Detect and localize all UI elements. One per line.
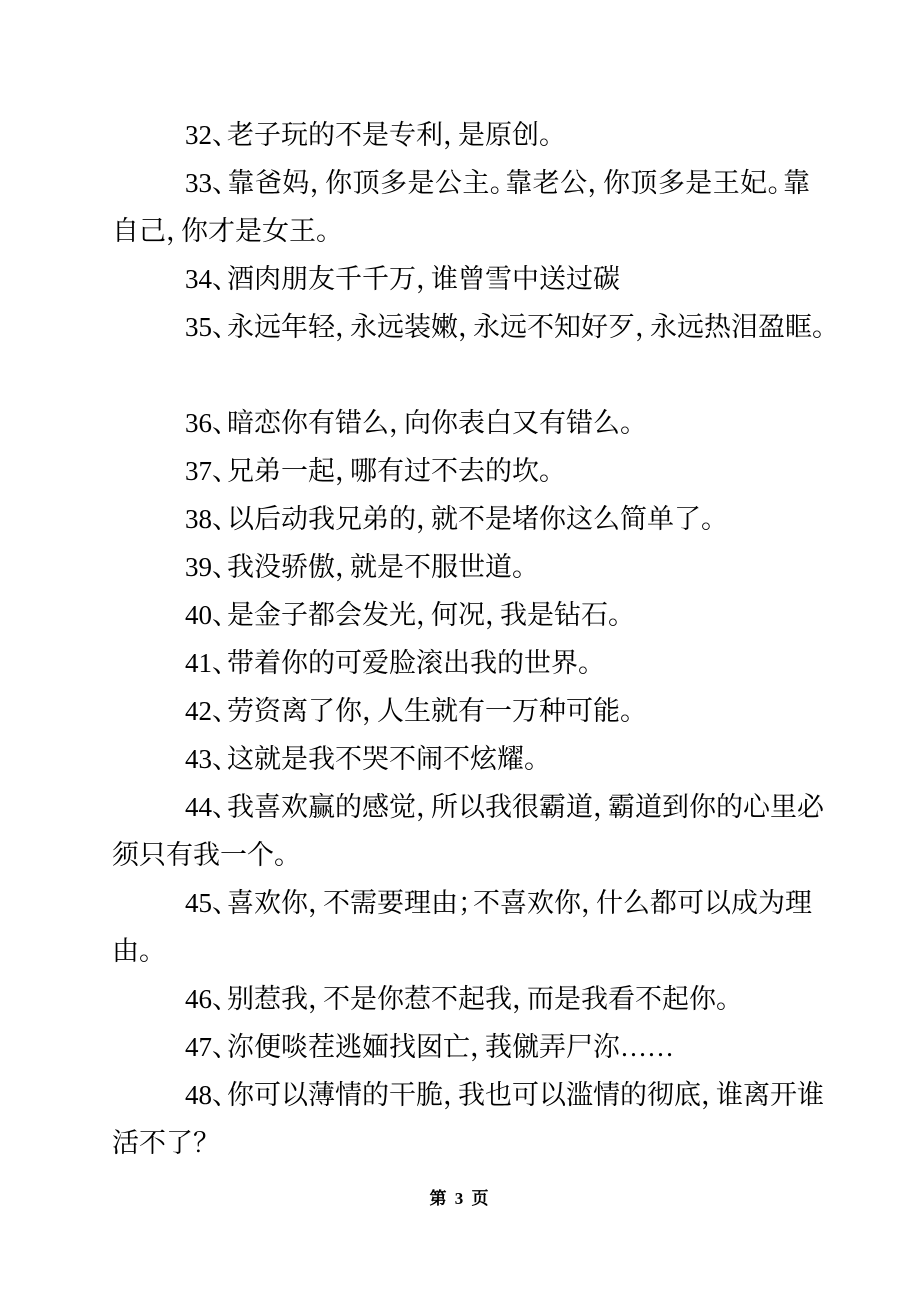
quote-line: 40、是金子都会发光，何况，我是钻石。: [112, 591, 810, 639]
quote-line: 46、别惹我，不是你惹不起我，而是我看不起你。: [112, 975, 810, 1023]
compressed-punct: ，: [362, 687, 377, 735]
compressed-punct: ，: [485, 591, 500, 639]
quote-line: 35、永远年轻，永远装嫩，永远不知好歹，永远热泪盈眶。: [112, 303, 810, 351]
compressed-punct: 、: [212, 735, 227, 783]
compressed-punct: 。: [316, 207, 331, 255]
compressed-punct: 。: [812, 303, 827, 351]
quote-line: 34、酒肉朋友千千万，谁曾雪中送过碳: [112, 255, 810, 303]
compressed-punct: ，: [443, 1071, 458, 1119]
quote-line: 32、老子玩的不是专利，是原创。: [112, 111, 810, 159]
quote-line: 44、我喜欢赢的感觉，所以我很霸道，霸道到你的心里必: [112, 783, 810, 831]
compressed-punct: 。: [539, 111, 554, 159]
quote-line: 自己，你才是女王。: [112, 207, 810, 255]
quote-line: 48、你可以薄情的干脆，我也可以滥情的彻底，谁离开谁: [112, 1071, 810, 1119]
compressed-punct: ，: [335, 543, 350, 591]
compressed-punct: ；: [458, 879, 473, 927]
compressed-punct: ，: [458, 303, 473, 351]
page-footer: 第 3 页: [0, 1184, 920, 1209]
compressed-punct: 、: [212, 543, 227, 591]
compressed-punct: 、: [212, 783, 227, 831]
compressed-punct: 。: [274, 831, 289, 879]
compressed-punct: 、: [212, 639, 227, 687]
compressed-punct: 、: [212, 1023, 227, 1071]
compressed-punct: 。: [701, 495, 716, 543]
compressed-punct: 、: [212, 879, 227, 927]
compressed-punct: 、: [212, 591, 227, 639]
compressed-punct: 。: [139, 927, 154, 975]
compressed-punct: 、: [212, 447, 227, 495]
compressed-punct: 。: [524, 735, 539, 783]
compressed-punct: ，: [308, 879, 323, 927]
compressed-punct: ，: [470, 1023, 485, 1071]
quote-line: 39、我没骄傲，就是不服世道。: [112, 543, 810, 591]
compressed-punct: 、: [212, 255, 227, 303]
page-number-label: 第 3 页: [430, 1189, 491, 1208]
compressed-punct: ，: [416, 783, 431, 831]
quote-line: 41、带着你的可爱脸滚出我的世界。: [112, 639, 810, 687]
quote-line: 36、暗恋你有错么，向你表白又有错么。: [112, 399, 810, 447]
compressed-punct: 、: [212, 399, 227, 447]
compressed-punct: 。: [512, 543, 527, 591]
quote-line: 47、沵便啖茬逃媔找囡亡，莪僦弄尸沵……: [112, 1023, 810, 1071]
compressed-punct: ，: [416, 591, 431, 639]
quote-line: 33、靠爸妈，你顶多是公主。靠老公，你顶多是王妃。靠: [112, 159, 810, 207]
compressed-punct: ，: [416, 495, 431, 543]
compressed-punct: ，: [635, 303, 650, 351]
quote-line: 43、这就是我不哭不闹不炫耀。: [112, 735, 810, 783]
compressed-punct: ，: [588, 159, 603, 207]
quote-line: 37、兄弟一起，哪有过不去的坎。: [112, 447, 810, 495]
compressed-punct: ，: [166, 207, 181, 255]
compressed-punct: ，: [310, 159, 325, 207]
compressed-punct: 、: [212, 1071, 227, 1119]
quote-line: 38、以后动我兄弟的，就不是堵你这么简单了。: [112, 495, 810, 543]
compressed-punct: 。: [578, 639, 593, 687]
compressed-punct: ，: [416, 255, 431, 303]
compressed-punct: 、: [212, 111, 227, 159]
quote-line: 45、喜欢你，不需要理由；不喜欢你，什么都可以成为理: [112, 879, 810, 927]
quote-line: 活不了？: [112, 1119, 810, 1167]
quote-line: 由。: [112, 927, 810, 975]
compressed-punct: 。: [716, 975, 731, 1023]
compressed-punct: 、: [212, 303, 227, 351]
compressed-punct: 。: [608, 591, 623, 639]
compressed-punct: ，: [443, 111, 458, 159]
compressed-punct: 、: [212, 159, 227, 207]
quote-line: 须只有我一个。: [112, 831, 810, 879]
compressed-punct: 。: [539, 447, 554, 495]
compressed-punct: ，: [308, 975, 323, 1023]
compressed-punct: ，: [335, 303, 350, 351]
compressed-punct: ，: [335, 447, 350, 495]
compressed-punct: 、: [212, 975, 227, 1023]
compressed-punct: 。: [768, 159, 783, 207]
compressed-punct: ，: [701, 1071, 716, 1119]
compressed-punct: 。: [490, 159, 505, 207]
document-body: 32、老子玩的不是专利，是原创。33、靠爸妈，你顶多是公主。靠老公，你顶多是王妃…: [112, 111, 810, 1167]
compressed-punct: ，: [512, 975, 527, 1023]
compressed-punct: 。: [620, 399, 635, 447]
blank-line: [112, 351, 810, 399]
compressed-punct: ，: [389, 399, 404, 447]
compressed-punct: ，: [593, 783, 608, 831]
quote-line: 42、劳资离了你，人生就有一万种可能。: [112, 687, 810, 735]
compressed-punct: 、: [212, 495, 227, 543]
compressed-punct: 、: [212, 687, 227, 735]
compressed-punct: 。: [620, 687, 635, 735]
compressed-punct: ，: [581, 879, 596, 927]
document-page: 32、老子玩的不是专利，是原创。33、靠爸妈，你顶多是公主。靠老公，你顶多是王妃…: [0, 0, 920, 1302]
